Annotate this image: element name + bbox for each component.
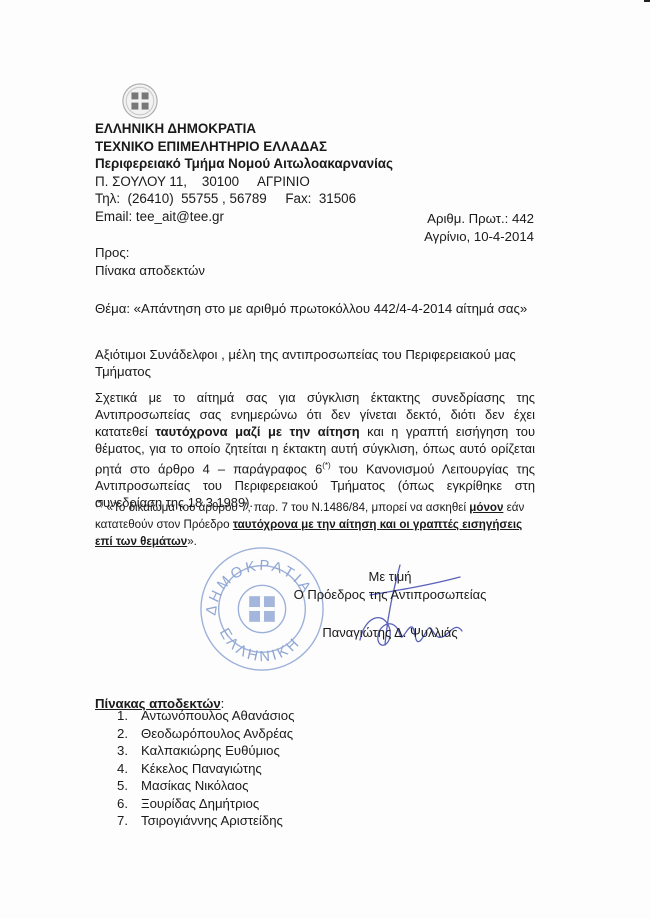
country-name: ΕΛΛΗΝΙΚΗ ΔΗΜΟΚΡΑΤΙΑ bbox=[95, 120, 393, 138]
footnote-text-1: «Το δικαίωμα του άρθρου 7, παρ. 7 του Ν.… bbox=[103, 501, 469, 514]
body-paragraph: Σχετικά με το αίτημά σας για σύγκλιση έκ… bbox=[95, 389, 535, 511]
protocol-number: Αριθμ. Πρωτ.: 442 bbox=[424, 210, 534, 228]
recipient-list-item: 7.Τσιρογιάννης Αριστείδης bbox=[117, 812, 294, 830]
phone-fax: Τηλ: (26410) 55755 , 56789 Fax: 31506 bbox=[95, 190, 393, 208]
recipient-number: 3. bbox=[117, 742, 141, 760]
signature-block: Με τιμή Ο Πρόεδρος της Αντιπροσωπείας Πα… bbox=[280, 568, 500, 642]
recipient-list-item: 1.Αντωνόπουλος Αθανάσιος bbox=[117, 707, 294, 725]
recipient-number: 6. bbox=[117, 795, 141, 813]
recipient-name: Τσιρογιάννης Αριστείδης bbox=[141, 812, 283, 830]
stamp-emblem-icon bbox=[249, 596, 275, 622]
recipient-name: Θεοδωρόπουλος Ανδρέας bbox=[141, 725, 293, 743]
recipient-number: 5. bbox=[117, 777, 141, 795]
address: Π. ΣΟΥΛΟΥ 11, 30100 ΑΓΡΙΝΙΟ bbox=[95, 173, 393, 191]
recipient-number: 4. bbox=[117, 760, 141, 778]
greek-coat-of-arms-icon bbox=[121, 82, 159, 120]
body-bold-text: ταυτόχρονα μαζί με την αίτηση bbox=[155, 424, 359, 439]
recipient-name: Κέκελος Παναγιώτης bbox=[141, 760, 262, 778]
reference-block: Αριθμ. Πρωτ.: 442 Αγρίνιο, 10-4-2014 bbox=[424, 210, 534, 245]
addressee-value: Πίνακα αποδεκτών bbox=[95, 262, 205, 280]
email: Email: tee_ait@tee.gr bbox=[95, 208, 393, 226]
recipient-name: Ξουρίδας Δημήτριος bbox=[141, 795, 259, 813]
recipients-list: 1.Αντωνόπουλος Αθανάσιος2.Θεοδωρόπουλος … bbox=[117, 707, 294, 830]
recipient-list-item: 3.Καλπακιώρης Ευθύμιος bbox=[117, 742, 294, 760]
recipient-number: 1. bbox=[117, 707, 141, 725]
recipient-name: Αντωνόπουλος Αθανάσιος bbox=[141, 707, 294, 725]
recipient-name: Μασίκας Νικόλαος bbox=[141, 777, 248, 795]
closing-salutation: Με τιμή bbox=[280, 568, 500, 586]
department-name: Περιφερειακό Τμήμα Νομού Αιτωλοακαρνανία… bbox=[95, 155, 393, 173]
recipient-list-item: 6.Ξουρίδας Δημήτριος bbox=[117, 795, 294, 813]
footnote-text-3: ». bbox=[187, 535, 197, 548]
recipient-number: 2. bbox=[117, 725, 141, 743]
addressee-label: Προς: bbox=[95, 244, 205, 262]
letterhead: ΕΛΛΗΝΙΚΗ ΔΗΜΟΚΡΑΤΙΑ ΤΕΧΝΙΚΟ ΕΠΙΜΕΛΗΤΗΡΙΟ… bbox=[95, 120, 393, 225]
recipient-list-item: 5.Μασίκας Νικόλαος bbox=[117, 777, 294, 795]
recipient-number: 7. bbox=[117, 812, 141, 830]
scan-corner-mark bbox=[644, 0, 650, 2]
footnote-ref: (*) bbox=[322, 461, 330, 470]
recipient-list-item: 4.Κέκελος Παναγιώτης bbox=[117, 760, 294, 778]
organization-name: ΤΕΧΝΙΚΟ ΕΠΙΜΕΛΗΤΗΡΙΟ ΕΛΛΑΔΑΣ bbox=[95, 138, 393, 156]
signatory-name: Παναγιώτης Δ. Ψυλλιάς bbox=[280, 624, 500, 642]
signatory-title: Ο Πρόεδρος της Αντιπροσωπείας bbox=[280, 586, 500, 604]
recipient-list-item: 2.Θεοδωρόπουλος Ανδρέας bbox=[117, 725, 294, 743]
place-date: Αγρίνιο, 10-4-2014 bbox=[424, 228, 534, 246]
greeting: Αξιότιμοι Συνάδελφοι , μέλη της αντιπροσ… bbox=[95, 346, 545, 380]
footnote: (*) «Το δικαίωμα του άρθρου 7, παρ. 7 το… bbox=[95, 495, 535, 550]
recipient-name: Καλπακιώρης Ευθύμιος bbox=[141, 742, 280, 760]
letter-page: ΕΛΛΗΝΙΚΗ ΔΗΜΟΚΡΑΤΙΑ ΤΕΧΝΙΚΟ ΕΠΙΜΕΛΗΤΗΡΙΟ… bbox=[0, 0, 650, 919]
footnote-emphasis-1: μόνον bbox=[469, 501, 503, 514]
addressee-block: Προς: Πίνακα αποδεκτών bbox=[95, 244, 205, 279]
subject-line: Θέμα: «Απάντηση στο με αριθμό πρωτοκόλλο… bbox=[95, 301, 527, 316]
